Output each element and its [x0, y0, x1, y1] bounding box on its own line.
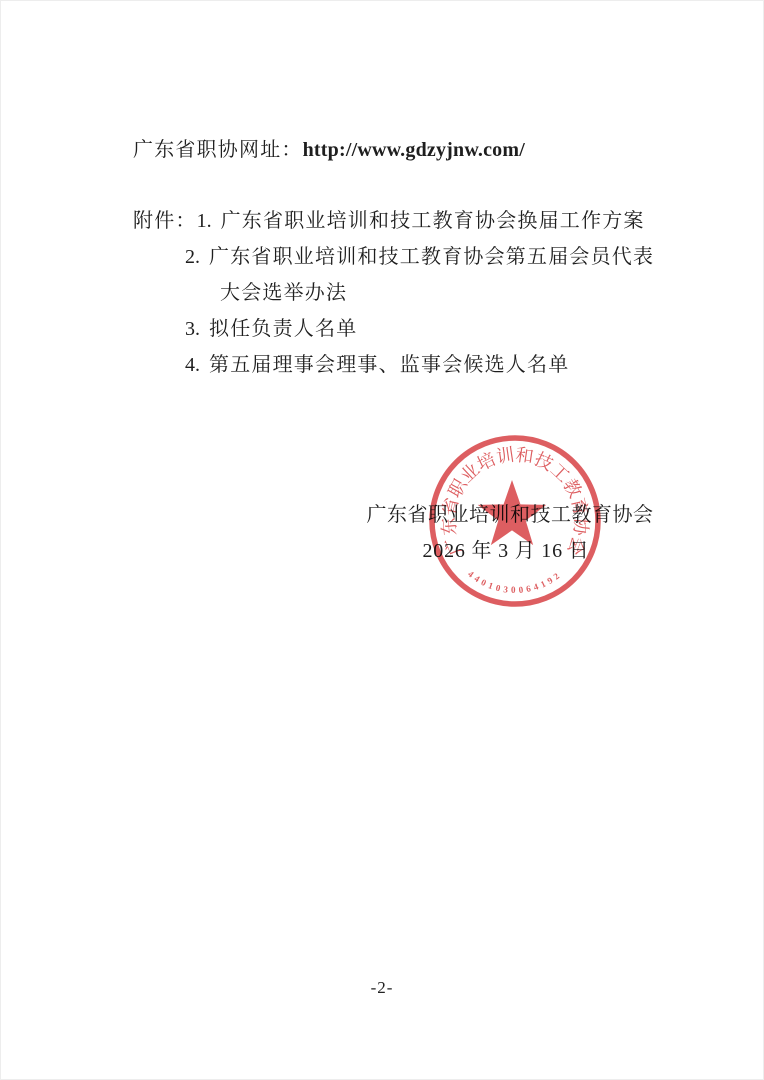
attachment-item-3: 3.拟任负责人名单: [185, 311, 713, 347]
attachment-item-4: 4.第五届理事会理事、监事会候选人名单: [185, 347, 713, 383]
document-page: 广东省职协网址：http://www.gdzyjnw.com/ 附件：1.广东省…: [0, 0, 764, 1080]
attachment-item-2-continuation: 大会选举办法: [220, 275, 713, 311]
attachment-text: 广东省职业培训和技工教育协会换届工作方案: [221, 210, 645, 232]
attachment-number: 3.: [185, 318, 200, 340]
attachment-text: 第五届理事会理事、监事会候选人名单: [209, 354, 569, 376]
attachment-number: 1.: [197, 210, 212, 232]
signature-organization: 广东省职业培训和技工教育协会: [350, 498, 670, 527]
page-number: -2-: [0, 978, 764, 998]
attachment-item-1: 附件：1.广东省职业培训和技工教育协会换届工作方案: [133, 203, 713, 239]
attachment-number: 4.: [185, 354, 200, 376]
attachment-text: 拟任负责人名单: [209, 318, 357, 340]
attachment-text: 广东省职业培训和技工教育协会第五届会员代表: [209, 246, 654, 268]
attachments-label: 附件：: [133, 210, 197, 232]
website-line: 广东省职协网址：http://www.gdzyjnw.com/: [133, 133, 525, 162]
seal-serial-number: 4401030064192: [466, 569, 564, 595]
signature-date: 2026 年 3 月 16 日: [400, 534, 612, 563]
website-url[interactable]: http://www.gdzyjnw.com/: [303, 139, 525, 161]
attachment-text: 大会选举办法: [220, 282, 347, 304]
attachment-number: 2.: [185, 246, 200, 268]
website-label: 广东省职协网址：: [133, 139, 303, 161]
attachment-item-2: 2.广东省职业培训和技工教育协会第五届会员代表: [185, 239, 713, 275]
attachments-block: 附件：1.广东省职业培训和技工教育协会换届工作方案 2.广东省职业培训和技工教育…: [133, 203, 713, 383]
